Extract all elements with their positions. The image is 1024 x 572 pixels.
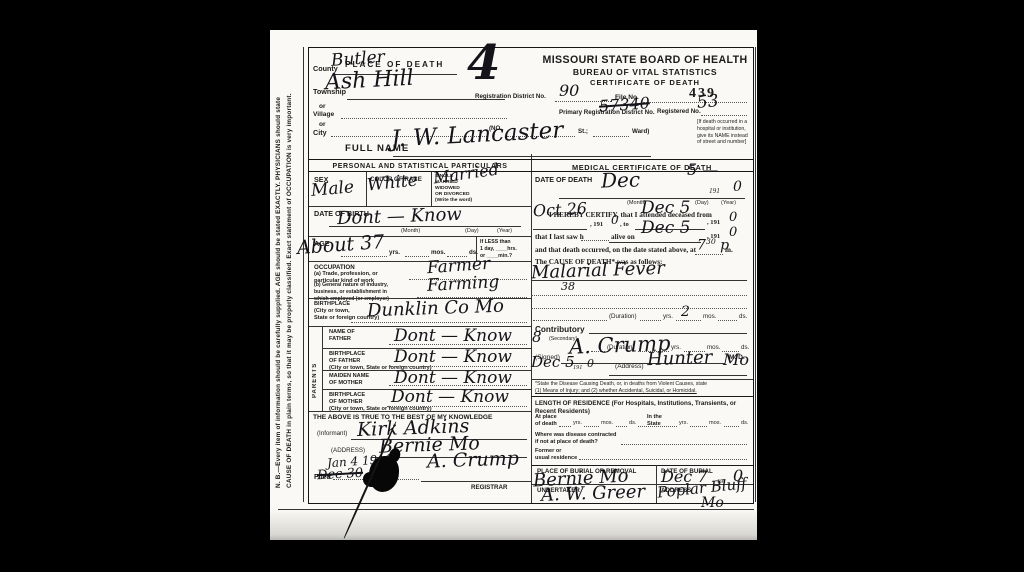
parents-strip-divider — [322, 326, 323, 411]
street-label: St.; — [578, 128, 588, 136]
registration-district-value: 90 — [559, 83, 579, 99]
cause-of-death-value: Malarial Fever — [531, 260, 665, 283]
cause-line-3 — [531, 308, 747, 309]
district-numeral: 4 — [467, 39, 500, 87]
at-place-label: At place of death — [535, 414, 557, 428]
footnote-line2: (1) Means of Injury; and (2) whether Acc… — [535, 388, 697, 395]
alive-on-text: alive on — [611, 233, 635, 242]
ink-blot — [361, 446, 415, 500]
father-name-label: NAME OF FATHER — [329, 329, 355, 343]
time-minutes: 30 — [706, 237, 716, 246]
bottom-double-rule — [278, 509, 754, 510]
signed-date: Dec 5 — [531, 355, 575, 370]
registrar-label: REGISTRAR — [471, 484, 507, 492]
age-mos-label: mos. — [431, 249, 445, 257]
row-rule — [309, 411, 531, 412]
to-year-print: , 191 — [707, 219, 720, 227]
former-residence-label: Former or usual residence — [535, 448, 577, 462]
certificate-page: N. B.—Every item of information should b… — [270, 30, 757, 540]
footnote-line1: *State the Disease Causing Death, or, in… — [535, 381, 707, 388]
occupation-b-value: Farming — [427, 274, 500, 295]
date-of-death-label: DATE OF DEATH — [535, 176, 592, 185]
full-name-line — [393, 156, 651, 157]
date-of-death-month: Dec — [601, 169, 641, 190]
contracted-line — [621, 444, 747, 445]
full-name-value: J. W. Lancaster — [391, 120, 564, 152]
left-double-rule — [303, 47, 304, 502]
physician-address-line — [609, 375, 747, 376]
parents-label: PARENTS — [312, 340, 318, 398]
to-word: , to — [620, 221, 629, 229]
footnote-top-rule — [531, 379, 753, 380]
right-double-rule — [755, 47, 756, 502]
color-cell-divider — [431, 172, 432, 206]
birthplace-line — [351, 322, 527, 323]
time-hour: 7 — [697, 238, 706, 254]
physician-address-label: (Address) — [615, 363, 644, 371]
attended-from-date: Oct 26 — [533, 201, 588, 220]
father-birthplace-line — [389, 366, 527, 367]
res-yrs-1: yrs. — [571, 420, 584, 427]
signed-year-digit: 0 — [587, 358, 594, 369]
res-ds-2: ds. — [739, 420, 750, 427]
ward-label: Ward) — [632, 128, 649, 136]
ward-line — [593, 136, 629, 137]
filed-struck-date: Dec 30 — [317, 467, 364, 482]
footnote-bottom-rule — [531, 396, 753, 397]
certificate-form: PLACE OF DEATH MISSOURI STATE BOARD OF H… — [308, 47, 754, 504]
last-year-digit: 0 — [729, 226, 737, 239]
mother-birthplace-value: Dont — Know — [391, 389, 509, 406]
registrar-signature: A. Crump — [427, 449, 519, 471]
mother-name-label: MAIDEN NAME OF MOTHER — [329, 373, 369, 387]
former-residence-line — [579, 459, 747, 460]
last-saw-date: Dec 5 — [641, 220, 690, 237]
registration-district-label: Registration District No. — [475, 93, 546, 101]
from-year-digit: 0 — [611, 214, 619, 226]
color-value: White — [366, 172, 418, 194]
duration-mos-1: mos. — [701, 313, 718, 321]
cause-code: 38 — [561, 281, 575, 292]
cause-line-1 — [531, 280, 747, 281]
date-of-death-day: 5 — — [687, 162, 718, 178]
duration-label-1: (Duration) — [607, 313, 639, 321]
informant-label: (Informant) — [317, 430, 347, 438]
to-year-digit: 0 — [729, 211, 737, 224]
m-label: m. — [725, 246, 733, 255]
dod-year-label: (Year) — [721, 200, 736, 207]
registrar-line — [421, 481, 531, 482]
father-name-line — [389, 344, 527, 345]
duration-yrs-1: yrs. — [661, 313, 675, 321]
res-ds-1: ds. — [627, 420, 638, 427]
contributory-label: Contributory — [535, 325, 585, 335]
margin-note-line2: CAUSE OF DEATH in plain terms, so that i… — [286, 60, 293, 488]
mother-name-line — [389, 385, 527, 386]
from-line — [533, 229, 587, 230]
dob-year-label: (Year) — [497, 228, 512, 235]
board-title: MISSOURI STATE BOARD OF HEALTH — [537, 54, 753, 66]
dob-month-label: (Month) — [401, 228, 420, 235]
time-line — [695, 254, 723, 255]
last-saw-text: that I last saw h — [535, 233, 584, 242]
dod-year-digit: 0 — [733, 180, 742, 194]
father-birthplace-value: Dont — Know — [394, 349, 512, 366]
file-no-line — [643, 102, 747, 103]
bureau-subtitle: BUREAU OF VITAL STATISTICS — [537, 67, 753, 77]
dob-line — [329, 226, 521, 227]
signed-year-print: 191 — [573, 364, 582, 372]
sex-value: Male — [310, 179, 354, 200]
res-mos-1: mos. — [599, 420, 615, 427]
hospital-note: [If death occurred in a hospital or inst… — [697, 119, 753, 146]
last-saw-line — [609, 242, 701, 243]
attended-to-date: Dec 5 — [641, 200, 690, 217]
dod-day-label: (Day) — [695, 200, 709, 207]
res-mos-2: mos. — [707, 420, 723, 427]
medical-section-title: MEDICAL CERTIFICATE OF DEATH — [531, 159, 753, 172]
father-name-value: Dont — Know — [394, 328, 512, 345]
contributory-mark: 8 — [532, 330, 542, 345]
township-value: Ash Hill — [324, 68, 414, 95]
age-mos-line — [405, 256, 429, 257]
his-her-blank — [581, 240, 609, 241]
physician-address-value: Hunter — [647, 349, 713, 369]
duration-ds-1: ds. — [737, 313, 749, 321]
city-label: City — [313, 129, 327, 138]
registered-no-label: Registered No. — [657, 108, 701, 116]
undertaker-value: A. W. Greer — [541, 483, 646, 505]
screenshot-viewport: N. B.—Every item of information should b… — [0, 0, 1024, 572]
contracted-label: Where was disease contracted if not at p… — [535, 432, 616, 446]
dod-year-print: 191 — [709, 187, 720, 196]
primary-registration-value: 57340 — [599, 95, 651, 115]
cause-line-2 — [531, 295, 747, 296]
dob-day-label: (Day) — [465, 228, 479, 235]
age-yrs-label: yrs. — [389, 249, 400, 257]
cause-duration-months: 2 — [681, 305, 690, 319]
res-yrs-2: yrs. — [677, 420, 690, 427]
birthplace-value: Dunklin Co Mo — [367, 298, 504, 321]
undertaker-address-state: Mo — [701, 496, 724, 510]
in-state-label: In the State — [647, 414, 662, 428]
death-occurred-text: and that death occurred, on the date sta… — [535, 246, 696, 255]
physician-address-state: Mo — [723, 352, 749, 368]
registered-no-line — [701, 115, 747, 116]
age-value: About 37 — [296, 233, 385, 258]
or-label-1: or — [319, 103, 326, 111]
village-line — [341, 118, 507, 119]
residence-title: LENGTH OF RESIDENCE (For Hospitals, Inst… — [535, 400, 736, 415]
age-yrs-line — [341, 256, 387, 257]
registered-no-value: 53 — [696, 93, 719, 112]
village-label: Village — [313, 111, 334, 119]
dob-value: Dont — Know — [337, 206, 462, 228]
mother-birthplace-line — [387, 406, 527, 407]
burial-grid-top-rule — [531, 465, 753, 466]
margin-note-line1: N. B.—Every item of information should b… — [275, 60, 282, 488]
from-year-print: , 191 — [590, 221, 603, 229]
row-rule — [309, 261, 531, 262]
